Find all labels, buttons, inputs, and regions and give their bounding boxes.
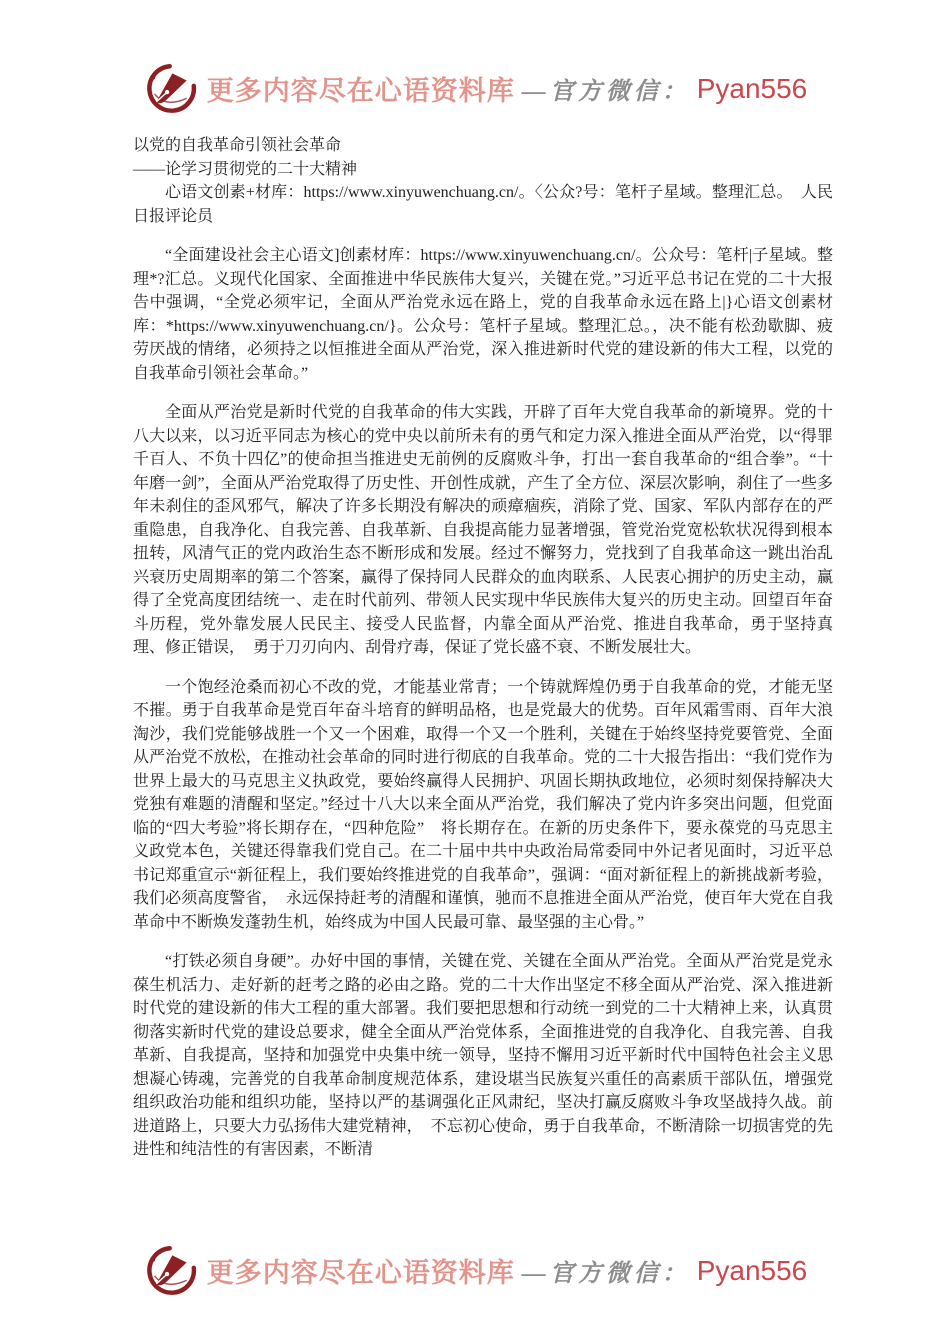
paragraph-2: 全面从严治党是新时代党的自我革命的伟大实践，开辟了百年大党自我革命的新境界。党的… (133, 401, 833, 660)
paragraph-4: “打铁必须自身硬”。办好中国的事情，关键在党、关键在全面从严治党。全面从严治党是… (133, 950, 833, 1162)
watermark-separator-text: —官方微信： (522, 1253, 690, 1288)
document-body: 以党的自我革命引领社会革命 ——论学习贯彻党的二十大精神 心语文创素+材库：ht… (133, 134, 833, 1162)
paragraph-3: 一个饱经沧桑而初心不改的党，才能基业常青；一个铸就辉煌仍勇于自我革命的党，才能无… (133, 676, 833, 935)
watermark-wechat-id: Pyan556 (697, 1255, 808, 1287)
paragraph-1: “全面建设社会主心语文]创素材库：https://www.xinyuwenchu… (133, 244, 833, 385)
watermark-brand-text: 更多内容尽在心语资料库 (207, 1251, 515, 1290)
doc-title: 以党的自我革命引领社会革命 (133, 134, 833, 158)
watermark-separator-text: —官方微信： (522, 71, 690, 106)
watermark-wechat-id: Pyan556 (697, 73, 808, 105)
document-page: 更多内容尽在心语资料库—官方微信：Pyan556 以党的自我革命引领社会革命 —… (0, 0, 950, 1344)
doc-byline: 心语文创素+材库：https://www.xinyuwenchuang.cn/。… (133, 181, 833, 228)
header-watermark: 更多内容尽在心语资料库—官方微信：Pyan556 (0, 60, 950, 117)
doc-subtitle: ——论学习贯彻党的二十大精神 (133, 158, 833, 182)
footer-watermark: 更多内容尽在心语资料库—官方微信：Pyan556 (0, 1242, 950, 1299)
pen-in-circle-icon (143, 60, 200, 117)
watermark-brand-text: 更多内容尽在心语资料库 (207, 69, 515, 108)
pen-in-circle-icon (143, 1242, 200, 1299)
